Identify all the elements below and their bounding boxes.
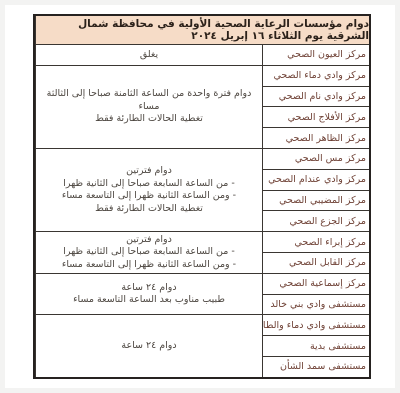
schedule-one-shift: دوام فترة واحدة من الساعة الثامنة صباحا …	[36, 66, 262, 148]
schedule-two-shifts-emergency: دوام فترتين - من الساعة السابعة صباحا إل…	[36, 149, 262, 231]
facility-name: مركز مس الصحي	[263, 149, 369, 169]
facility-name: مستشفى بدية	[263, 336, 369, 356]
facility-name: مركز وادي نام الصحي	[263, 87, 369, 107]
schedule-closed: يغلق	[36, 45, 262, 65]
document-page: { "header": { "title": "دوام مؤسسات الرع…	[0, 0, 400, 393]
facility-name: مركز القابل الصحي	[263, 253, 369, 273]
schedule-24h-oncall: دوام ٢٤ ساعة طبيب مناوب بعد الساعة التاس…	[36, 274, 262, 315]
facility-name: مركز إسماعية الصحي	[263, 274, 369, 294]
facility-name: مركز الظاهر الصحي	[263, 128, 369, 148]
table-title: دوام مؤسسات الرعاية الصحية الأولية في مح…	[36, 16, 369, 44]
facility-name: مركز الجزع الصحي	[263, 211, 369, 231]
schedule-24h: دوام ٢٤ ساعة	[36, 315, 262, 376]
facility-name: مستشفى وادي بني خالد	[263, 295, 369, 315]
facility-name: مركز العيون الصحي	[263, 45, 369, 65]
schedule-table: دوام مؤسسات الرعاية الصحية الأولية في مح…	[33, 14, 371, 379]
facility-name: مركز وادي عندام الصحي	[263, 170, 369, 190]
facility-name: مركز الأفلاج الصحي	[263, 107, 369, 127]
facility-name: مركز المضيبي الصحي	[263, 191, 369, 211]
schedule-two-shifts: دوام فترتين - من الساعة السابعة صباحا إل…	[36, 232, 262, 273]
facility-name: مستشفى سمد الشأن	[263, 357, 369, 377]
facility-name: مركز إبراء الصحي	[263, 232, 369, 252]
facility-name: مستشفى وادي دماء والطائيين	[263, 315, 369, 335]
facility-name: مركز وادي دماء الصحي	[263, 66, 369, 86]
